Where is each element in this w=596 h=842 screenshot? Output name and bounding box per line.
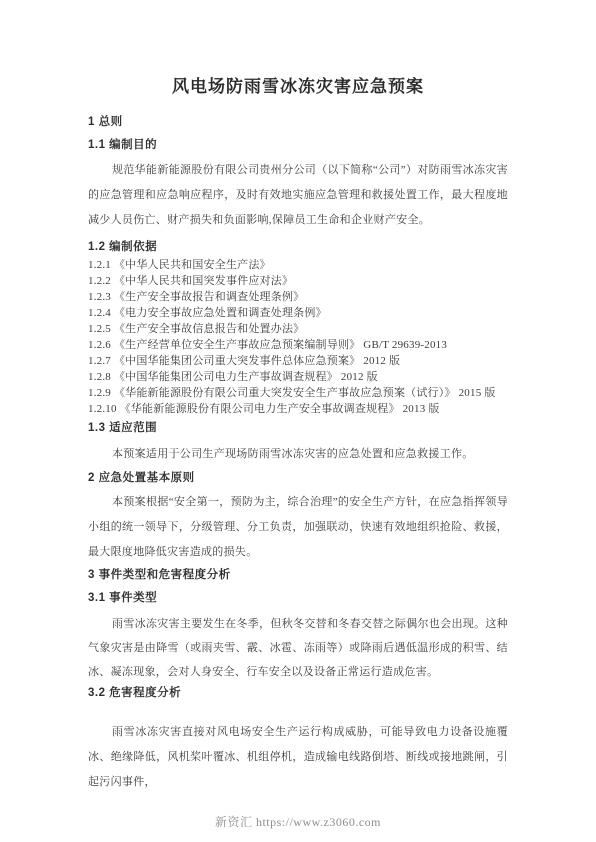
paragraph-hazard-analysis: 雨雪冰冻灾害直接对风电场安全生产运行构成威胁，可能导致电力设备设施覆冰、绝缘降低… bbox=[88, 720, 508, 795]
document-page: 风电场防雨雪冰冻灾害应急预案 1 总则 1.1 编制目的 规范华能新能源股份有限… bbox=[0, 0, 596, 842]
reference-list-item: 1.2.7 《中国华能集团公司重大突发事件总体应急预案》 2012 版 bbox=[88, 353, 508, 369]
reference-list-item: 1.2.3 《生产安全事故报告和调查处理条例》 bbox=[88, 289, 508, 305]
reference-list-item: 1.2.2 《中华人民共和国突发事件应对法》 bbox=[88, 273, 508, 289]
reference-list-item: 1.2.5 《生产安全事故信息报告和处置办法》 bbox=[88, 321, 508, 337]
reference-list-item: 1.2.10 《华能新能源股份有限公司电力生产安全事故调查规程》 2013 版 bbox=[88, 401, 508, 417]
heading-section-3-1: 3.1 事件类型 bbox=[88, 591, 508, 606]
heading-chapter-2: 2 应急处置基本原则 bbox=[88, 471, 508, 486]
footer-watermark: 新资汇 https://www.z3060.com bbox=[0, 813, 596, 830]
page-title: 风电场防雨雪冰冻灾害应急预案 bbox=[88, 76, 508, 98]
heading-chapter-3: 3 事件类型和危害程度分析 bbox=[88, 568, 508, 583]
heading-section-1-2: 1.2 编制依据 bbox=[88, 240, 508, 255]
reference-list-item: 1.2.6 《生产经营单位安全生产事故应急预案编制导则》 GB/T 29639-… bbox=[88, 337, 508, 353]
reference-list-item: 1.2.9 《华能新能源股份有限公司重大突发安全生产事故应急预案（试行）》 20… bbox=[88, 385, 508, 401]
reference-list-item: 1.2.4 《电力安全事故应急处置和调查处理条例》 bbox=[88, 305, 508, 321]
heading-chapter-1: 1 总则 bbox=[88, 115, 508, 130]
heading-section-1-3: 1.3 适应范围 bbox=[88, 421, 508, 436]
reference-list: 1.2.1 《中华人民共和国安全生产法》 1.2.2 《中华人民共和国突发事件应… bbox=[88, 257, 508, 417]
document-content: 风电场防雨雪冰冻灾害应急预案 1 总则 1.1 编制目的 规范华能新能源股份有限… bbox=[0, 0, 596, 795]
paragraph-event-types: 雨雪冰冻灾害主要发生在冬季，但秋冬交替和冬春交替之际偶尔也会出现。这种气象灾害是… bbox=[88, 612, 508, 684]
heading-section-1-1: 1.1 编制目的 bbox=[88, 138, 508, 153]
paragraph-purpose: 规范华能新能源股份有限公司贵州分公司（以下简称“公司”）对防雨雪冰冻灾害的应急管… bbox=[88, 158, 508, 233]
heading-section-3-2: 3.2 危害程度分析 bbox=[88, 686, 508, 701]
reference-list-item: 1.2.1 《中华人民共和国安全生产法》 bbox=[88, 257, 508, 273]
paragraph-scope: 本预案适用于公司生产现场防雨雪冰冻灾害的应急处置和应急救援工作。 bbox=[88, 442, 508, 467]
paragraph-principles: 本预案根据“安全第一，预防为主，综合治理”的安全生产方针，在应急指挥领导小组的统… bbox=[88, 490, 508, 565]
reference-list-item: 1.2.8 《中国华能集团公司电力生产事故调查规程》 2012 版 bbox=[88, 369, 508, 385]
